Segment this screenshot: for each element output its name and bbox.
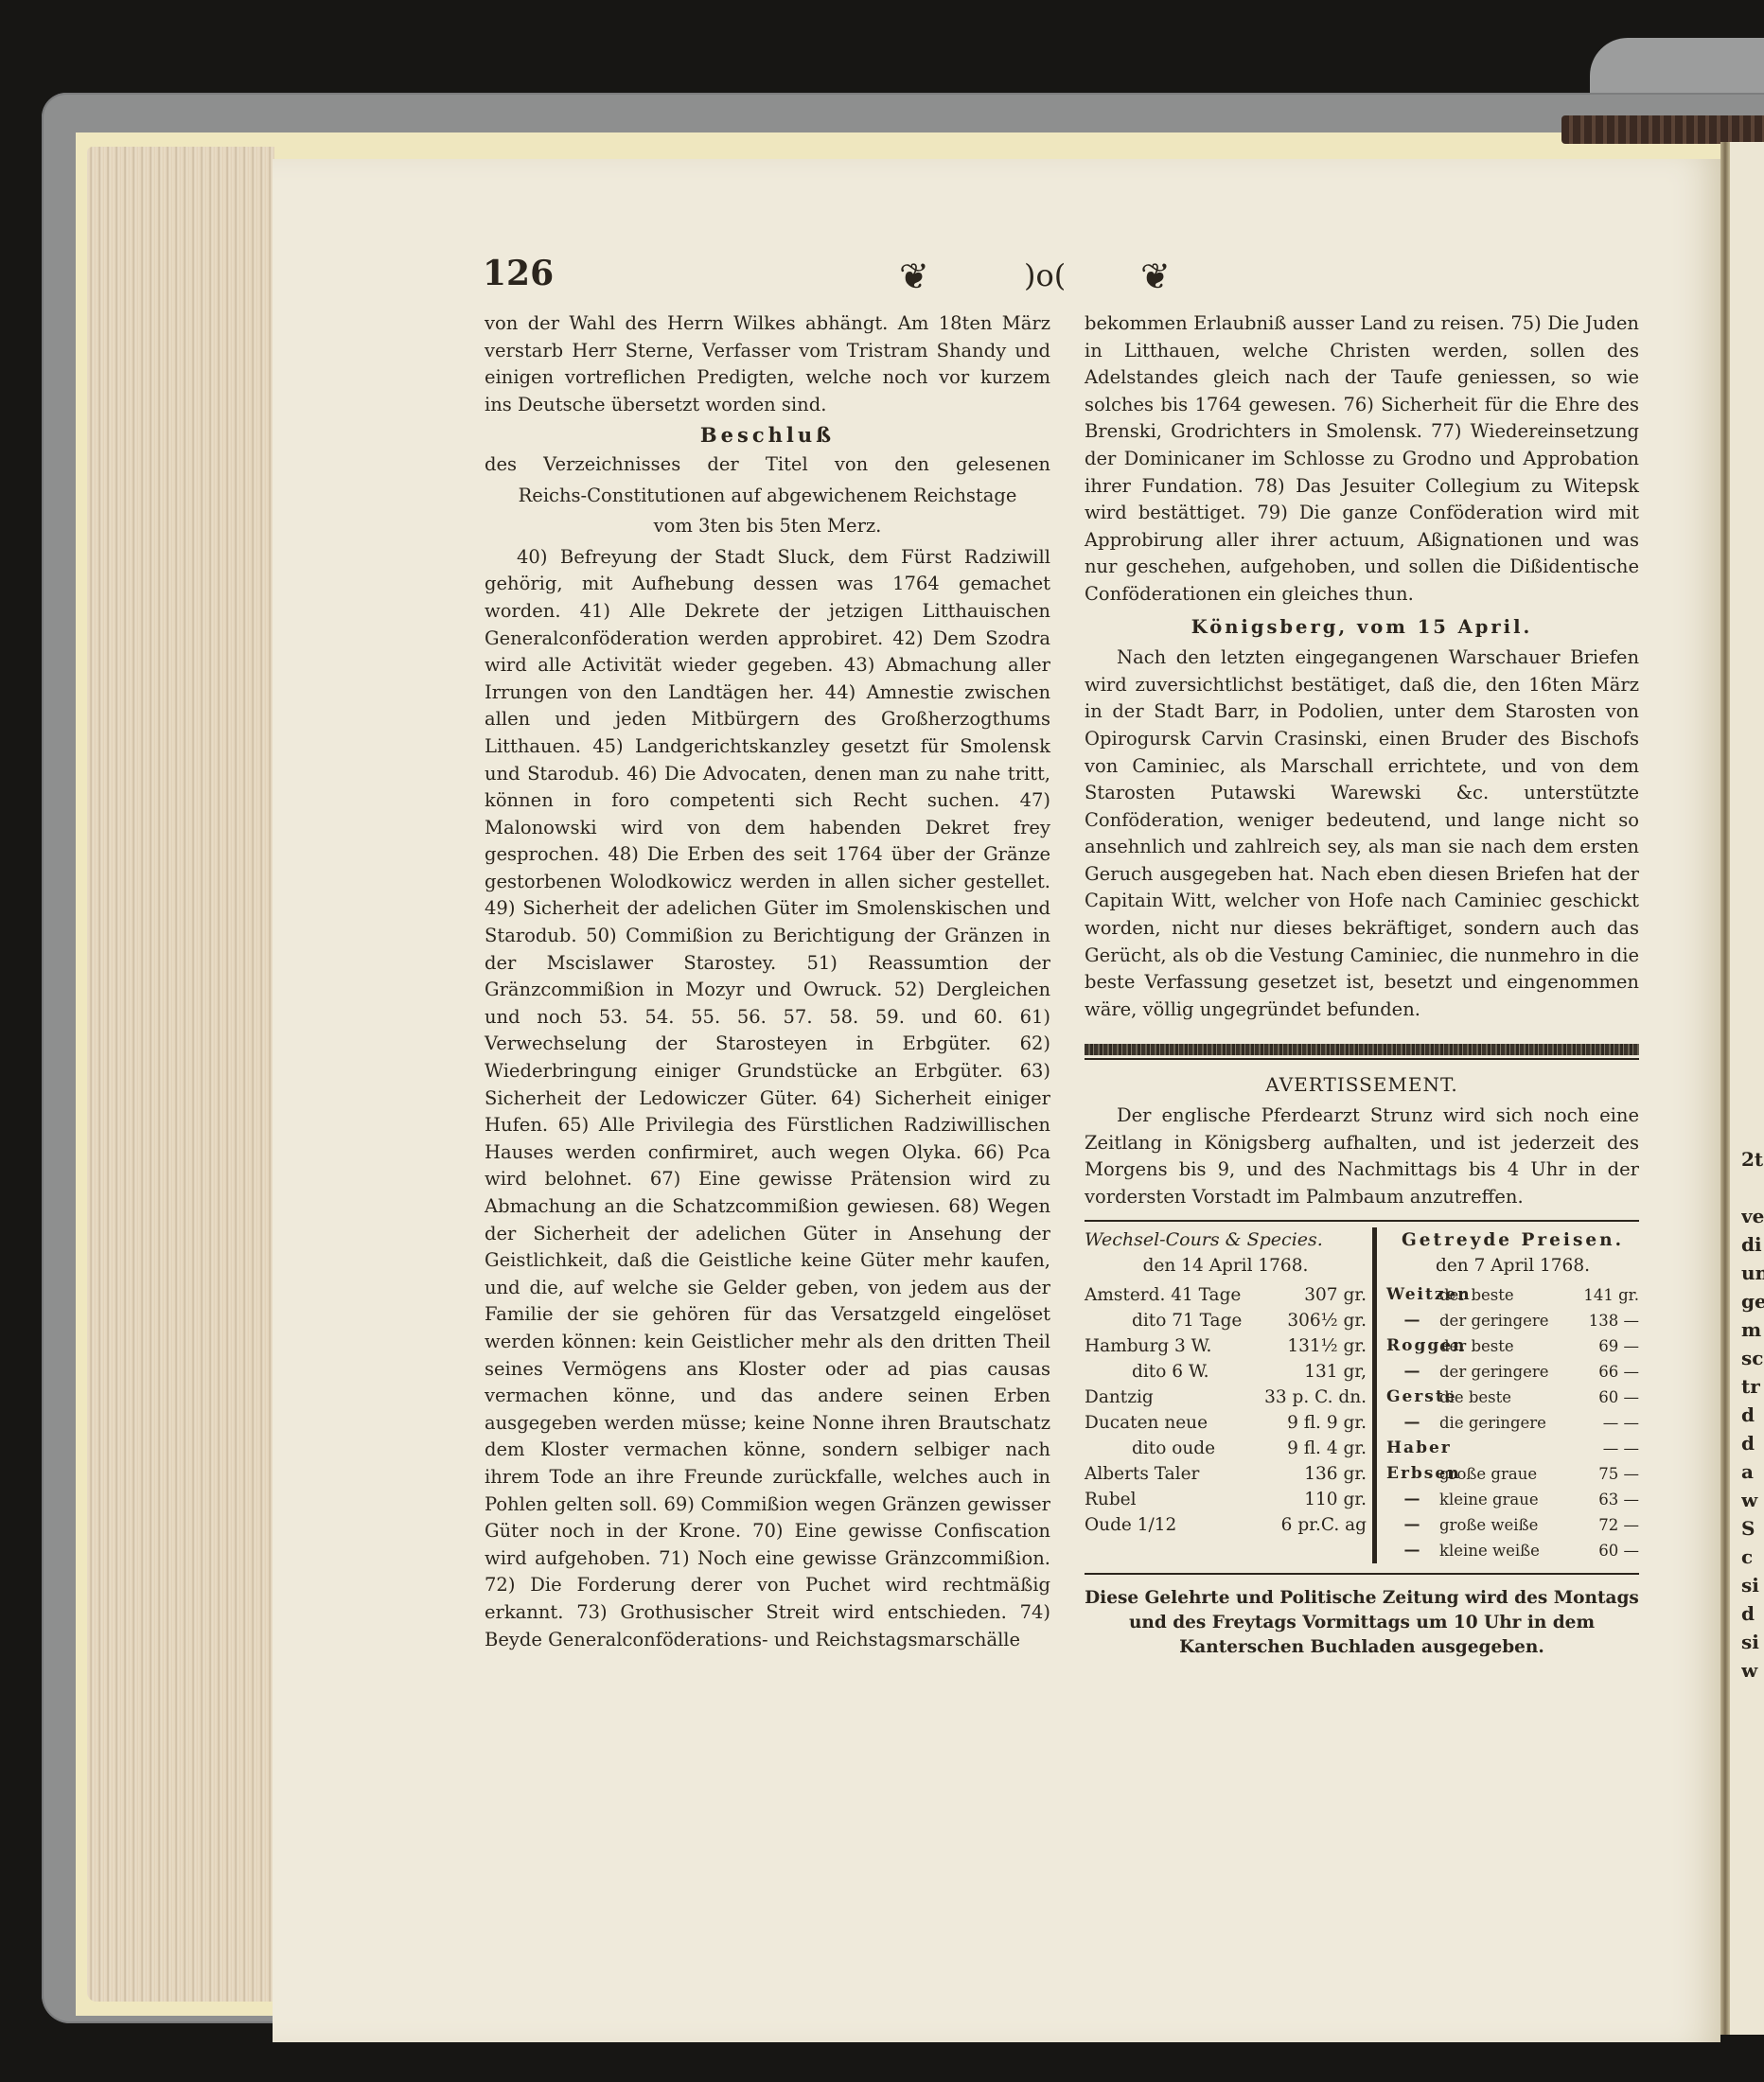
grain-grain: Haber <box>1386 1436 1439 1461</box>
ornamental-rule <box>1085 1044 1639 1055</box>
grain-value: 63 — <box>1573 1487 1639 1512</box>
section-subheading: Reichs-Constitutionen auf abgewichenem R… <box>485 483 1050 510</box>
grain-quality: der geringere <box>1439 1308 1573 1333</box>
news-heading: Königsberg, vom 15 April. <box>1085 614 1639 642</box>
avertissement-title: AVERTISSEMENT. <box>1085 1071 1639 1099</box>
grain-quality: die beste <box>1439 1385 1573 1410</box>
exchange-value: 9 fl. 4 gr. <box>1287 1436 1367 1461</box>
grain-value: 72 — <box>1573 1512 1639 1538</box>
exchange-value: 307 gr. <box>1304 1282 1367 1308</box>
exchange-value: 9 fl. 9 gr. <box>1287 1410 1367 1436</box>
grain-value: — — <box>1573 1410 1639 1436</box>
news-body: Nach den letzten eingegangenen Warschaue… <box>1085 644 1639 1023</box>
exchange-value: 131 gr, <box>1304 1359 1367 1385</box>
exchange-rate-table: Wechsel-Cours & Species. den 14 April 17… <box>1085 1227 1377 1563</box>
header-center-mark: )o( <box>1024 257 1066 293</box>
publication-note: Diese Gelehrte und Politische Zeitung wi… <box>1085 1586 1639 1660</box>
exchange-value: 33 p. C. dn. <box>1264 1385 1367 1410</box>
exchange-label: dito 71 Tage <box>1085 1308 1242 1333</box>
grain-row: Weitzender beste141 gr. <box>1386 1282 1639 1308</box>
exchange-label: dito oude <box>1085 1436 1215 1461</box>
left-column: von der Wahl des Herrn Wilkes abhängt. A… <box>485 310 1050 1653</box>
grain-row: Roggender beste69 — <box>1386 1333 1639 1359</box>
exchange-row: dito 71 Tage306½ gr. <box>1085 1308 1367 1333</box>
exchange-label: Alberts Taler <box>1085 1461 1199 1487</box>
exchange-label: Ducaten neue <box>1085 1410 1208 1436</box>
grain-value: 69 — <box>1573 1333 1639 1359</box>
grain-grain: Erbsen <box>1386 1461 1439 1487</box>
grain-grain: Gerste <box>1386 1385 1439 1410</box>
exchange-label: Amsterd. 41 Tage <box>1085 1282 1241 1308</box>
exchange-value: 306½ gr. <box>1287 1308 1367 1333</box>
section-subheading: des Verzeichnisses der Titel von den gel… <box>485 451 1050 479</box>
grain-quality: der beste <box>1439 1333 1573 1359</box>
shell-ornament-icon: ❦ <box>1140 256 1171 297</box>
grain-grain: — <box>1386 1308 1439 1333</box>
grain-grain: — <box>1386 1512 1439 1538</box>
grain-value: — — <box>1573 1436 1639 1461</box>
grain-quality: kleine weiße <box>1439 1538 1573 1563</box>
resolutions-list: 40) Befreyung der Stadt Sluck, dem Fürst… <box>485 544 1050 1653</box>
divider <box>1085 1220 1639 1222</box>
grain-row: —der geringere138 — <box>1386 1308 1639 1333</box>
grain-row: Haber— — <box>1386 1436 1639 1461</box>
grain-row: —große weiße72 — <box>1386 1512 1639 1538</box>
grain-row: —die geringere— — <box>1386 1410 1639 1436</box>
grain-value: 66 — <box>1573 1359 1639 1385</box>
right-column: bekommen Erlaubniß ausser Land zu reisen… <box>1085 310 1639 1660</box>
exchange-row: dito 6 W.131 gr, <box>1085 1359 1367 1385</box>
grain-quality <box>1439 1436 1573 1461</box>
intro-paragraph: von der Wahl des Herrn Wilkes abhängt. A… <box>485 310 1050 418</box>
exchange-label: Oude 1/12 <box>1085 1512 1176 1538</box>
page-content: 126 ❦ )o( ❦ von der Wahl des Herrn Wilke… <box>0 0 1764 2082</box>
grain-value: 60 — <box>1573 1385 1639 1410</box>
page-number: 126 <box>483 254 554 293</box>
exchange-label: Rubel <box>1085 1487 1137 1512</box>
grain-grain: — <box>1386 1538 1439 1563</box>
divider <box>1085 1573 1639 1575</box>
exchange-row: dito oude9 fl. 4 gr. <box>1085 1436 1367 1461</box>
exchange-row: Hamburg 3 W.131½ gr. <box>1085 1333 1367 1359</box>
grain-quality: der geringere <box>1439 1359 1573 1385</box>
grain-row: —kleine graue63 — <box>1386 1487 1639 1512</box>
grain-row: Erbsengroße graue75 — <box>1386 1461 1639 1487</box>
grain-value: 60 — <box>1573 1538 1639 1563</box>
divider <box>1085 1058 1639 1060</box>
grain-price-table: Getreyde Preisen. den 7 April 1768. Weit… <box>1377 1227 1639 1563</box>
grain-value: 75 — <box>1573 1461 1639 1487</box>
resolutions-continuation: bekommen Erlaubniß ausser Land zu reisen… <box>1085 310 1639 609</box>
price-tables: Wechsel-Cours & Species. den 14 April 17… <box>1085 1227 1639 1563</box>
exchange-row: Alberts Taler136 gr. <box>1085 1461 1367 1487</box>
exchange-value: 6 pr.C. ag <box>1281 1512 1367 1538</box>
grain-quality: große weiße <box>1439 1512 1573 1538</box>
avertissement-body: Der englische Pferdearzt Strunz wird sic… <box>1085 1103 1639 1210</box>
grain-value: 141 gr. <box>1573 1282 1639 1308</box>
exchange-row: Rubel110 gr. <box>1085 1487 1367 1512</box>
grain-grain: Roggen <box>1386 1333 1439 1359</box>
grain-row: —kleine weiße60 — <box>1386 1538 1639 1563</box>
shell-ornament-icon: ❦ <box>899 256 929 297</box>
grain-table-date: den 7 April 1768. <box>1386 1253 1639 1279</box>
exchange-table-date: den 14 April 1768. <box>1085 1253 1367 1279</box>
grain-grain: Weitzen <box>1386 1282 1439 1308</box>
grain-value: 138 — <box>1573 1308 1639 1333</box>
exchange-label: Dantzig <box>1085 1385 1154 1410</box>
exchange-row: Ducaten neue9 fl. 9 gr. <box>1085 1410 1367 1436</box>
grain-grain: — <box>1386 1410 1439 1436</box>
exchange-row: Oude 1/126 pr.C. ag <box>1085 1512 1367 1538</box>
exchange-row: Amsterd. 41 Tage307 gr. <box>1085 1282 1367 1308</box>
exchange-value: 131½ gr. <box>1287 1333 1367 1359</box>
exchange-label: dito 6 W. <box>1085 1359 1209 1385</box>
exchange-table-title: Wechsel-Cours & Species. <box>1085 1227 1367 1253</box>
grain-table-title: Getreyde Preisen. <box>1386 1227 1639 1253</box>
grain-row: —der geringere66 — <box>1386 1359 1639 1385</box>
section-subheading: vom 3ten bis 5ten Merz. <box>485 513 1050 540</box>
exchange-value: 110 gr. <box>1304 1487 1367 1512</box>
section-heading: Beschluß <box>485 422 1050 450</box>
grain-quality: große graue <box>1439 1461 1573 1487</box>
grain-grain: — <box>1386 1487 1439 1512</box>
grain-row: Gerstedie beste60 — <box>1386 1385 1639 1410</box>
grain-grain: — <box>1386 1359 1439 1385</box>
grain-quality: kleine graue <box>1439 1487 1573 1512</box>
exchange-value: 136 gr. <box>1304 1461 1367 1487</box>
exchange-label: Hamburg 3 W. <box>1085 1333 1211 1359</box>
exchange-row: Dantzig33 p. C. dn. <box>1085 1385 1367 1410</box>
grain-quality: der beste <box>1439 1282 1573 1308</box>
grain-quality: die geringere <box>1439 1410 1573 1436</box>
